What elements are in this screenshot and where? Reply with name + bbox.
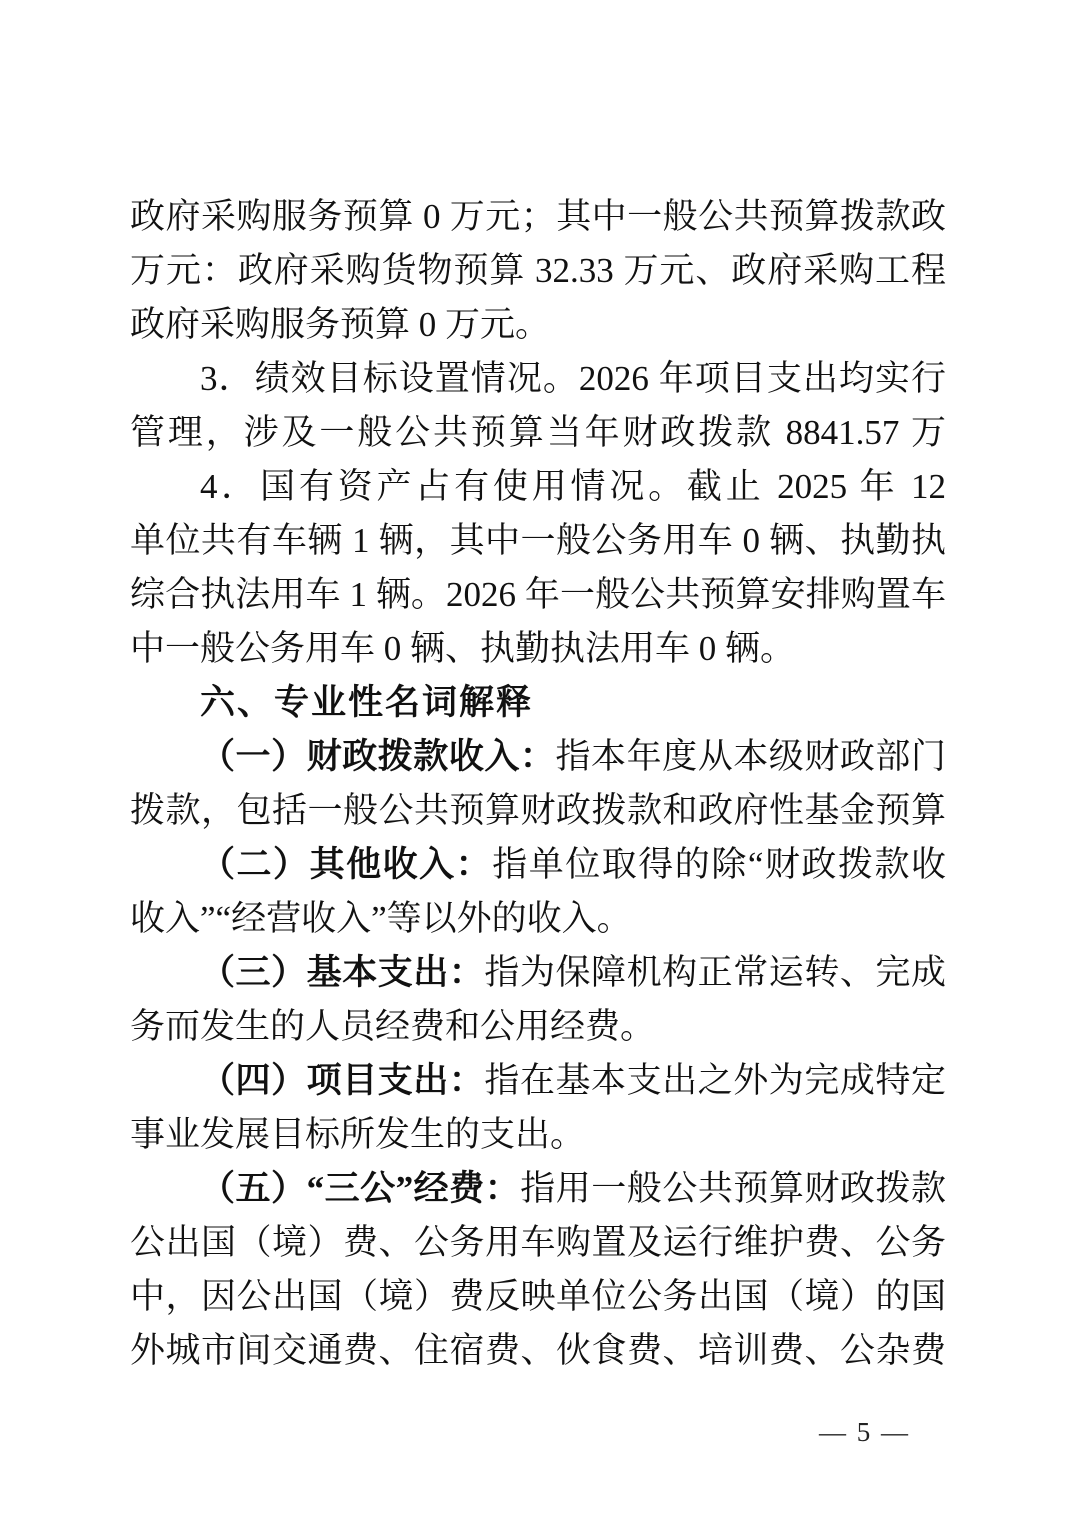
text-segment: 万元：政府采购货物预算 32.33 万元、政府采购工程预算 0 万元、 [130,251,946,298]
text-segment: 中一般公务用车 0 辆、执勤执法用车 0 辆。 [130,629,795,668]
text-segment: 单位共有车辆 1 辆，其中一般公务用车 0 辆、执勤执法用车 0 辆、 [130,521,946,568]
text-segment: 收入”“经营收入”等以外的收入。 [130,899,632,938]
text-segment: 公出国（境）费、公务用车购置及运行维护费、公务接待费。其 [130,1223,946,1270]
document-body: 政府采购服务预算 0 万元；其中一般公共预算拨款政府采购 32.33万元：政府采… [130,190,946,1378]
document-line: （一）财政拨款收入：指本年度从本级财政部门取得的财政 [130,730,946,784]
text-segment: 4．国有资产占有使用情况。截止 2025 年 12 月，所属各预算 [130,467,946,514]
document-line: 4．国有资产占有使用情况。截止 2025 年 12 月，所属各预算 [130,460,946,514]
document-line: 拨款，包括一般公共预算财政拨款和政府性基金预算财政拨款。 [130,784,946,838]
text-segment: 3．绩效目标设置情况。2026 年项目支出均实行了绩效目标 [130,359,946,406]
document-line: 外城市间交通费、住宿费、伙食费、培训费、公杂费等支出；公 [130,1324,946,1378]
term-label: （三）基本支出： [200,953,484,992]
document-line: 万元：政府采购货物预算 32.33 万元、政府采购工程预算 0 万元、 [130,244,946,298]
document-line: 政府采购服务预算 0 万元。 [130,298,946,352]
text-segment: 中，因公出国（境）费反映单位公务出国（境）的国际旅费、国 [130,1277,946,1324]
text-segment: 政府采购服务预算 0 万元。 [130,305,550,344]
document-line: （二）其他收入：指单位取得的除“财政拨款收入”“事业 [130,838,946,892]
text-segment: 管理，涉及一般公共预算当年财政拨款 8841.57 万元。 [130,413,946,460]
document-page: 政府采购服务预算 0 万元；其中一般公共预算拨款政府采购 32.33万元：政府采… [0,0,1074,1520]
document-line: 六、专业性名词解释 [130,676,946,730]
document-line: 政府采购服务预算 0 万元；其中一般公共预算拨款政府采购 32.33 [130,190,946,244]
term-label: （四）项目支出： [200,1061,484,1100]
text-segment: 务而发生的人员经费和公用经费。 [130,1007,655,1046]
term-label: （二）其他收入： [200,845,492,884]
document-line: （四）项目支出：指在基本支出之外为完成特定行政任务和 [130,1054,946,1108]
document-line: 管理，涉及一般公共预算当年财政拨款 8841.57 万元。 [130,406,946,460]
document-line: 务而发生的人员经费和公用经费。 [130,1000,946,1054]
text-segment: 政府采购服务预算 0 万元；其中一般公共预算拨款政府采购 32.33 [130,197,946,244]
document-line: （五）“三公”经费：指用一般公共预算财政拨款安排的因 [130,1162,946,1216]
page-number: — 5 — [819,1412,910,1452]
text-segment: 综合执法用车 1 辆。2026 年一般公共预算安排购置车辆 0 辆，其 [130,575,946,622]
document-line: 综合执法用车 1 辆。2026 年一般公共预算安排购置车辆 0 辆，其 [130,568,946,622]
document-line: （三）基本支出：指为保障机构正常运转、完成日常工作任 [130,946,946,1000]
text-segment: 事业发展目标所发生的支出。 [130,1115,585,1154]
text-segment: 拨款，包括一般公共预算财政拨款和政府性基金预算财政拨款。 [130,791,946,838]
document-line: 公出国（境）费、公务用车购置及运行维护费、公务接待费。其 [130,1216,946,1270]
text-segment: 外城市间交通费、住宿费、伙食费、培训费、公杂费等支出；公 [130,1331,946,1378]
document-line: 中，因公出国（境）费反映单位公务出国（境）的国际旅费、国 [130,1270,946,1324]
document-line: 中一般公务用车 0 辆、执勤执法用车 0 辆。 [130,622,946,676]
document-line: 事业发展目标所发生的支出。 [130,1108,946,1162]
page-footer: — 5 — [0,1412,1074,1452]
term-label: （五）“三公”经费： [200,1169,520,1208]
document-line: 单位共有车辆 1 辆，其中一般公务用车 0 辆、执勤执法用车 0 辆、 [130,514,946,568]
document-line: 收入”“经营收入”等以外的收入。 [130,892,946,946]
term-label: （一）财政拨款收入： [200,737,556,776]
document-line: 3．绩效目标设置情况。2026 年项目支出均实行了绩效目标 [130,352,946,406]
section-heading: 六、专业性名词解释 [200,683,533,722]
